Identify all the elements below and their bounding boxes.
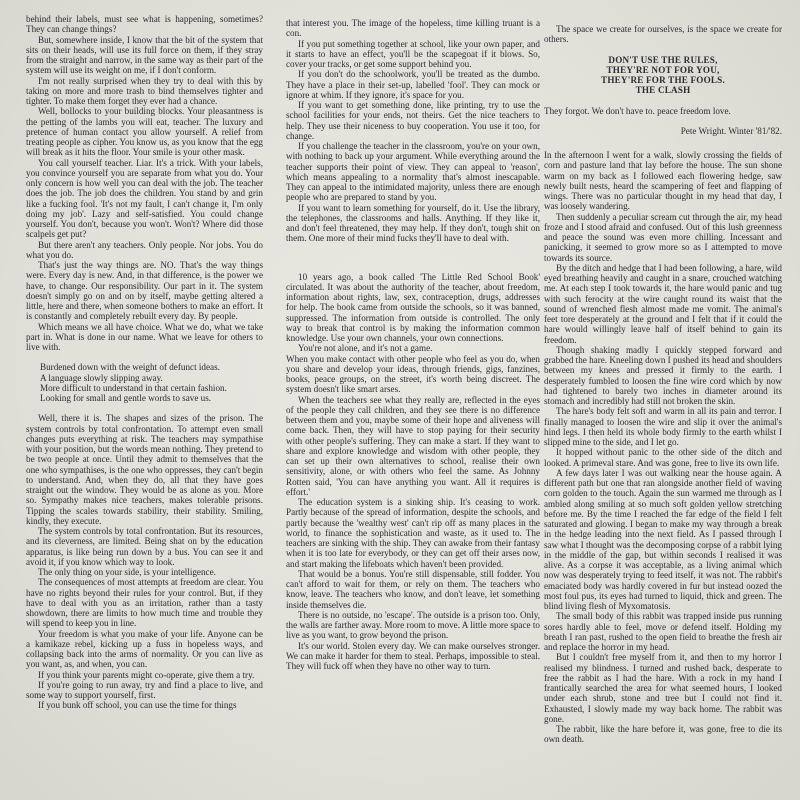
paragraph: I'm not really surprised when they try t… bbox=[26, 76, 263, 107]
lyric-attribution: THE CLASH bbox=[544, 85, 782, 95]
section-gap bbox=[286, 244, 540, 272]
paragraph: Well, there it is. The shapes and sizes … bbox=[26, 413, 263, 526]
paragraph: In the afternoon I went for a walk, slow… bbox=[544, 150, 782, 212]
paragraph: The education system is a sinking ship. … bbox=[286, 497, 540, 569]
paragraph: When the teachers see what they really a… bbox=[286, 395, 540, 498]
column-3-paragraphs: In the afternoon I went for a walk, slow… bbox=[544, 150, 782, 745]
paragraph: By the ditch and hedge that I had been f… bbox=[544, 263, 782, 345]
paragraph: Your freedom is what you make of your li… bbox=[26, 629, 263, 670]
paragraph: It hopped without panic to the other sid… bbox=[544, 447, 782, 468]
paragraph: It's our world. Stolen every day. We can… bbox=[286, 641, 540, 672]
paragraph: The only thing on your side, is your int… bbox=[26, 567, 263, 577]
lyric-line: THEY'RE NOT FOR YOU, bbox=[544, 65, 782, 75]
paragraph: Well, bollocks to your building blocks. … bbox=[26, 106, 263, 157]
paragraph: If you put something together at school,… bbox=[286, 39, 540, 70]
paragraph: That's just the way things are. NO. That… bbox=[26, 260, 263, 322]
column-1: behind their labels, must see what is ha… bbox=[26, 14, 263, 711]
clash-lyrics: DON'T USE THE RULES, THEY'RE NOT FOR YOU… bbox=[544, 55, 782, 96]
paragraph: But there aren't any teachers. Only peop… bbox=[26, 240, 263, 261]
column-2: that interest you. The image of the hope… bbox=[286, 18, 540, 671]
paragraph: The rabbit, like the hare before it, was… bbox=[544, 724, 782, 745]
paragraph: You're not alone, and it's not a game. bbox=[286, 343, 540, 353]
lyric-line: THEY'RE FOR THE FOOLS. bbox=[544, 75, 782, 85]
paragraph: The small body of this rabbit was trappe… bbox=[544, 611, 782, 652]
column-1-paragraphs-a: behind their labels, must see what is ha… bbox=[26, 14, 263, 352]
verse-line: A language slowly slipping away. bbox=[40, 373, 263, 383]
paragraph: The hare's body felt soft and warm in al… bbox=[544, 406, 782, 447]
paragraph: If you bunk off school, you can use the … bbox=[26, 700, 263, 710]
paragraph: Which means we all have choice. What we … bbox=[26, 322, 263, 353]
column-2-paragraphs-a: that interest you. The image of the hope… bbox=[286, 18, 540, 244]
closing-line: They forgot. We don't have to. peace fre… bbox=[544, 106, 782, 116]
verse-line: More difficult to understand in that cer… bbox=[40, 383, 263, 393]
verse-line: Looking for small and gentle words to sa… bbox=[40, 393, 263, 403]
paragraph: Though shaking madly I quickly stepped f… bbox=[544, 345, 782, 407]
verse-block: Burdened down with the weight of defunct… bbox=[40, 362, 263, 403]
column-1-paragraphs-b: Well, there it is. The shapes and sizes … bbox=[26, 413, 263, 710]
column-2-paragraphs-b: 10 years ago, a book called 'The Little … bbox=[286, 272, 540, 672]
paragraph: If you think your parents might co-opera… bbox=[26, 670, 263, 680]
author-signature: Pete Wright. Winter '81/'82. bbox=[544, 126, 782, 136]
paragraph: You call yourself teacher. Liar. It's a … bbox=[26, 158, 263, 240]
paragraph: If you want to get something done, like … bbox=[286, 100, 540, 141]
paragraph: A few days later I was out walking near … bbox=[544, 468, 782, 612]
paragraph: But, somewhere inside, I know that the b… bbox=[26, 35, 263, 76]
paragraph: There is no outside, no 'escape'. The ou… bbox=[286, 610, 540, 641]
paragraph: 10 years ago, a book called 'The Little … bbox=[286, 272, 540, 344]
paragraph: The system controls by total confrontati… bbox=[26, 526, 263, 567]
paragraph: But I couldn't free myself from it, and … bbox=[544, 652, 782, 724]
paragraph: that interest you. The image of the hope… bbox=[286, 18, 540, 39]
paragraph: The consequences of most attempts at fre… bbox=[26, 577, 263, 628]
scanned-page: behind their labels, must see what is ha… bbox=[0, 0, 800, 800]
lyric-line: DON'T USE THE RULES, bbox=[544, 55, 782, 65]
paragraph: That would be a bonus. You're still disp… bbox=[286, 569, 540, 610]
paragraph: If you challenge the teacher in the clas… bbox=[286, 141, 540, 203]
verse-line: Burdened down with the weight of defunct… bbox=[40, 362, 263, 372]
paragraph: If you don't do the schoolwork, you'll b… bbox=[286, 69, 540, 100]
paragraph: If you're going to run away, try and fin… bbox=[26, 680, 263, 701]
paragraph: If you want to learn something for yours… bbox=[286, 203, 540, 244]
paragraph: Then suddenly a peculiar scream cut thro… bbox=[544, 212, 782, 263]
paragraph: When you make contact with other people … bbox=[286, 354, 540, 395]
opening-paragraph: The space we create for ourselves, is th… bbox=[544, 24, 782, 45]
paragraph: behind their labels, must see what is ha… bbox=[26, 14, 263, 35]
column-3: The space we create for ourselves, is th… bbox=[544, 24, 782, 745]
